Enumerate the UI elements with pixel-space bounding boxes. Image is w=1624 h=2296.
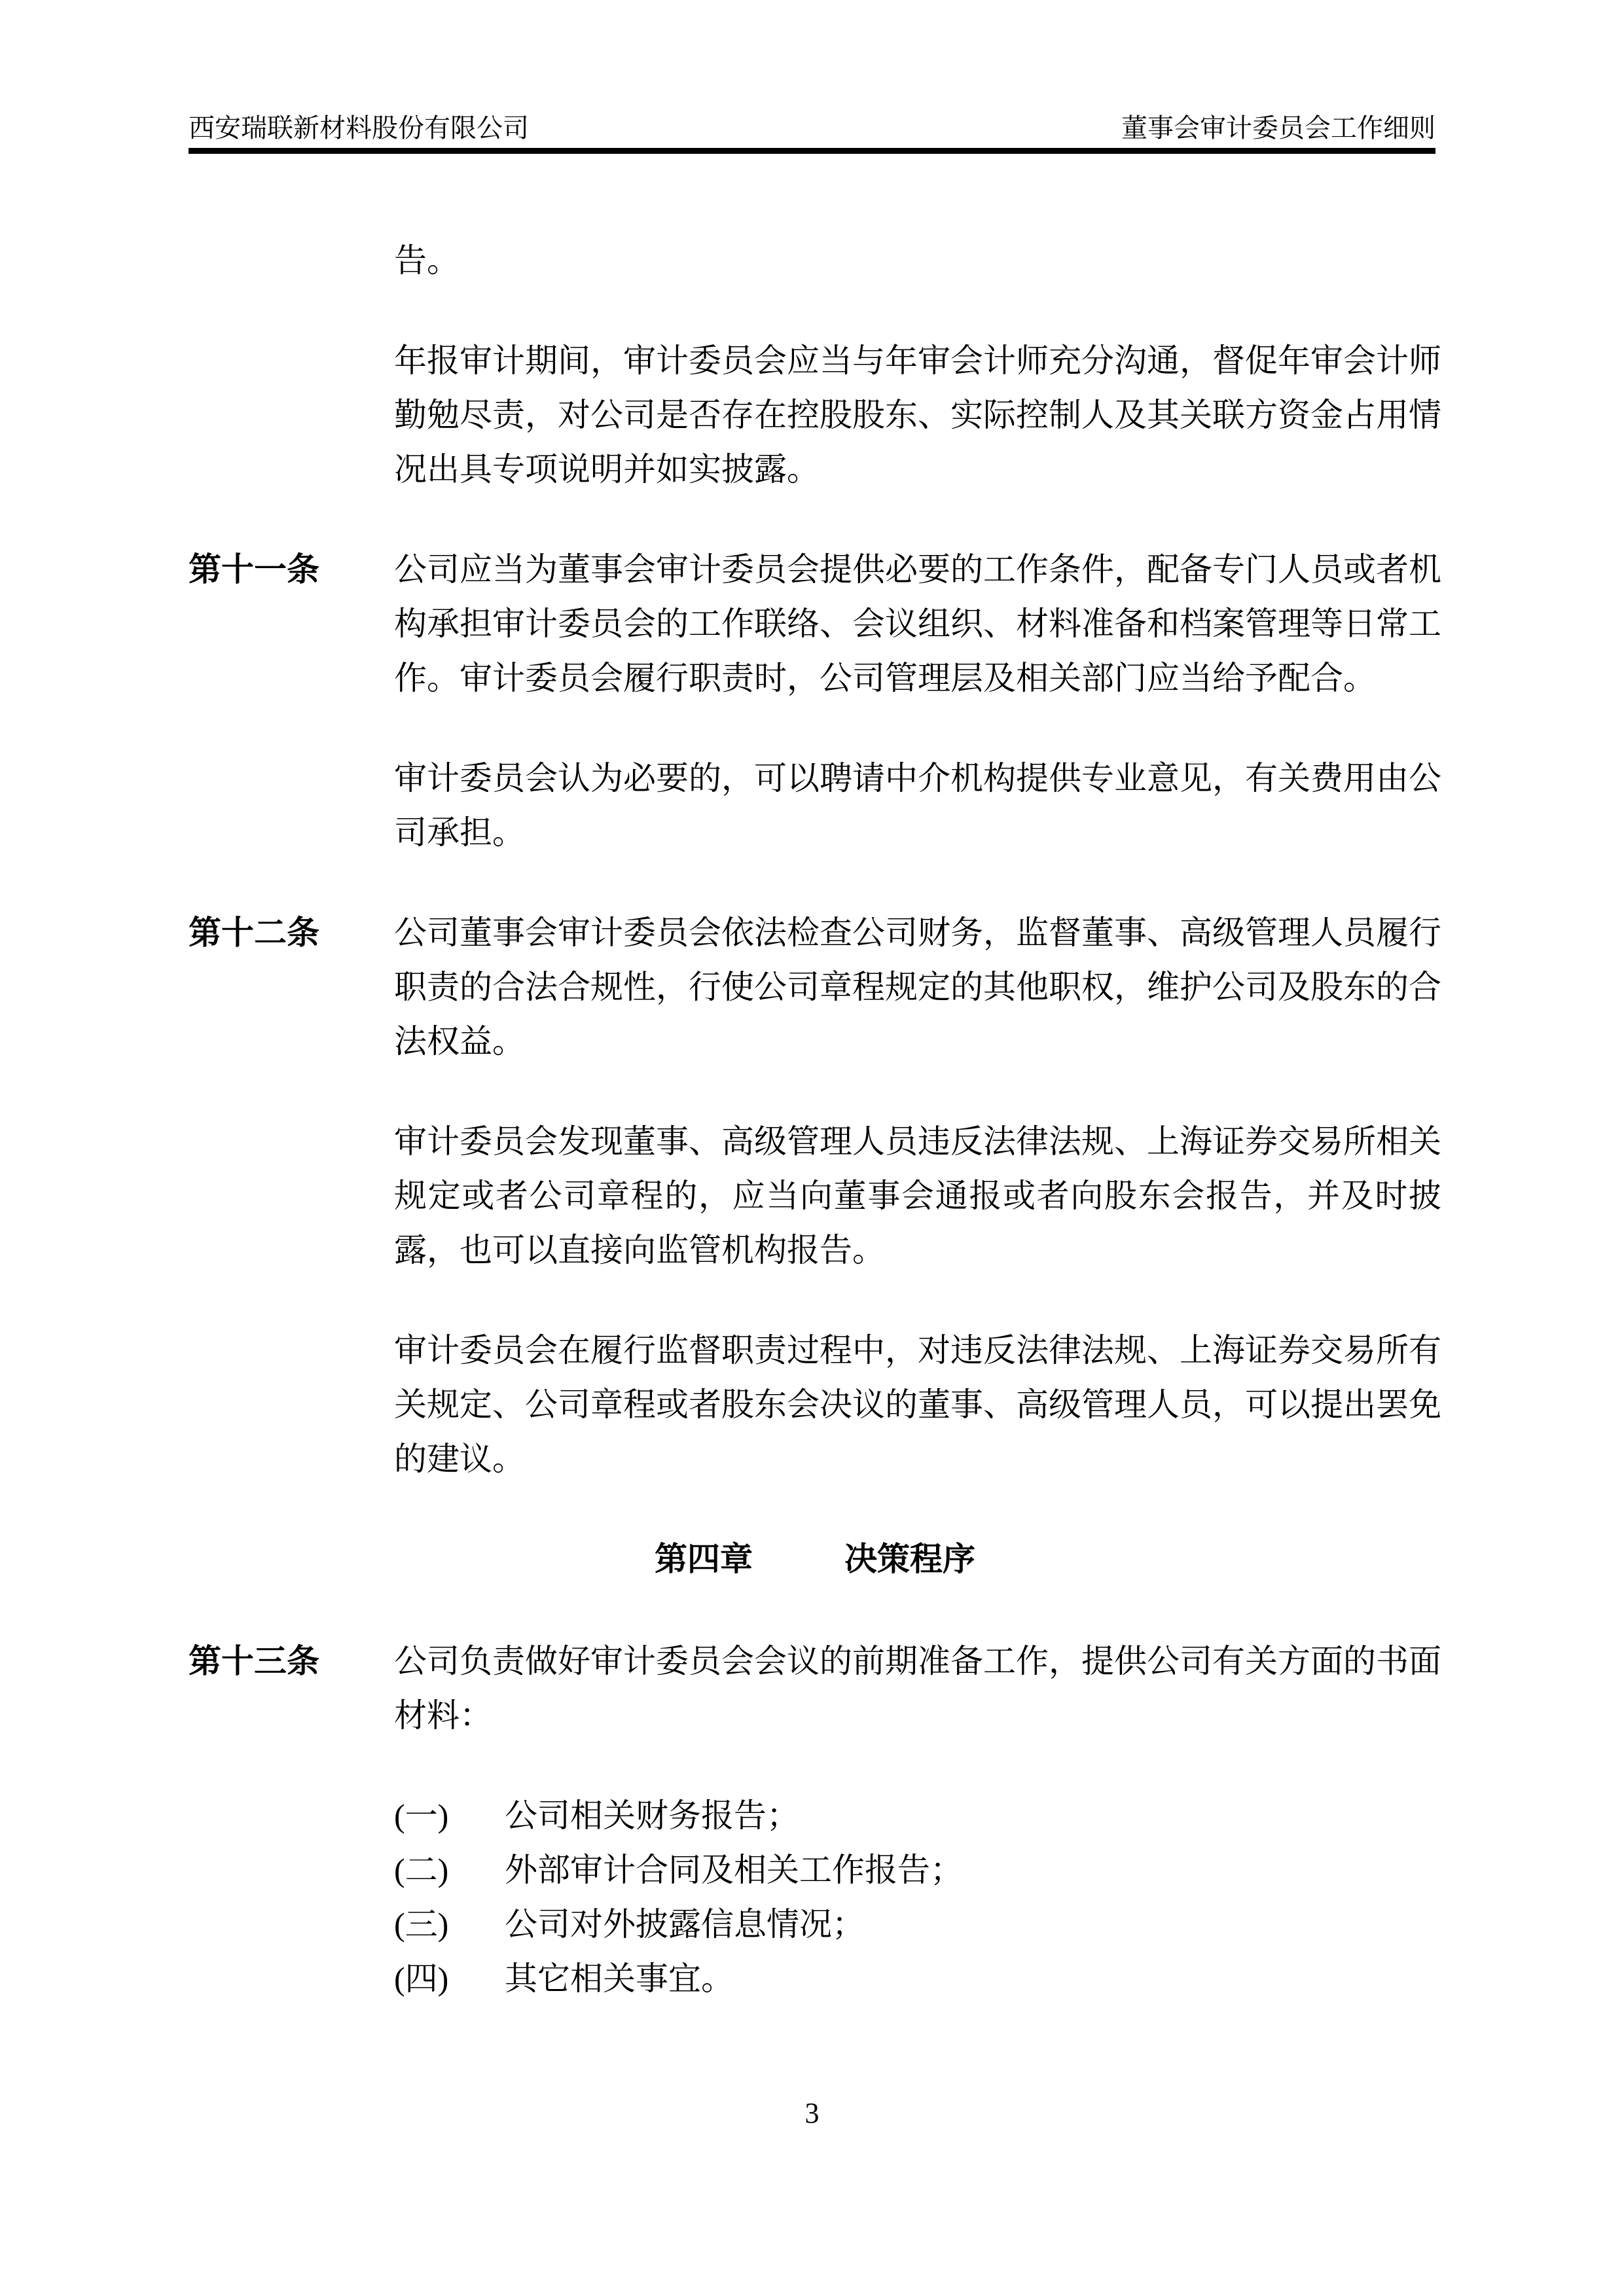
article-13-text: 公司负责做好审计委员会会议的前期准备工作，提供公司有关方面的书面材料： [394,1634,1441,1743]
chapter-4-label: 第四章 [655,1532,753,1587]
list-item: (四) 其它相关事宜。 [394,1952,1441,2006]
list-item-text: 公司相关财务报告； [505,1789,1441,1843]
page-number: 3 [805,2097,820,2129]
document-body-inner: 告。 年报审计期间，审计委员会应当与年审会计师充分沟通，督促年审会计师勤勉尽责，… [189,234,1441,2006]
list-item: (一) 公司相关财务报告； [394,1789,1441,1843]
list-item-number: (三) [394,1897,504,1952]
chapter-4-heading: 第四章 决策程序 [189,1532,1441,1587]
chapter-4-title: 决策程序 [844,1532,975,1587]
list-item-number: (一) [394,1789,504,1843]
article-11: 第十一条 公司应当为董事会审计委员会提供必要的工作条件，配备专门人员或者机构承担… [189,543,1441,706]
document-body: 告。 年报审计期间，审计委员会应当与年审会计师充分沟通，督促年审会计师勤勉尽责，… [189,162,1441,2006]
header-company-name: 西安瑞联新材料股份有限公司 [189,111,529,145]
article-11-text: 公司应当为董事会审计委员会提供必要的工作条件，配备专门人员或者机构承担审计委员会… [394,543,1441,706]
paragraph-annual-audit: 年报审计期间，审计委员会应当与年审会计师充分沟通，督促年审会计师勤勉尽责，对公司… [394,334,1441,497]
header-doc-title: 董事会审计委员会工作细则 [1121,111,1435,145]
article-11-label: 第十一条 [189,543,394,706]
list-item: (二) 外部审计合同及相关工作报告； [394,1843,1441,1897]
document-page: 西安瑞联新材料股份有限公司 董事会审计委员会工作细则 告。 年报审计期间，审计委… [0,0,1624,2296]
page-footer: 3 [0,2096,1624,2130]
list-item: (三) 公司对外披露信息情况； [394,1897,1441,1952]
page-header: 西安瑞联新材料股份有限公司 董事会审计委员会工作细则 [189,0,1435,154]
header-rule [189,148,1435,154]
article-12: 第十二条 公司董事会审计委员会依法检查公司财务，监督董事、高级管理人员履行职责的… [189,906,1441,1069]
header-row: 西安瑞联新材料股份有限公司 董事会审计委员会工作细则 [189,111,1435,145]
list-item-text: 公司对外披露信息情况； [505,1897,1441,1952]
paragraph-continuation: 告。 [394,234,1441,288]
list-item-number: (二) [394,1843,504,1897]
article-12-text: 公司董事会审计委员会依法检查公司财务，监督董事、高级管理人员履行职责的合法合规性… [394,906,1441,1069]
paragraph-intermediary: 审计委员会认为必要的，可以聘请中介机构提供专业意见，有关费用由公司承担。 [394,751,1441,860]
paragraph-dismissal: 审计委员会在履行监督职责过程中，对违反法律法规、上海证券交易所有关规定、公司章程… [394,1323,1441,1486]
list-item-number: (四) [394,1952,504,2006]
article-13-label: 第十三条 [189,1634,394,1743]
article-12-label: 第十二条 [189,906,394,1069]
article-13: 第十三条 公司负责做好审计委员会会议的前期准备工作，提供公司有关方面的书面材料： [189,1634,1441,1743]
material-list: (一) 公司相关财务报告； (二) 外部审计合同及相关工作报告； (三) 公司对… [394,1789,1441,2006]
list-item-text: 其它相关事宜。 [505,1952,1441,2006]
paragraph-violation-report: 审计委员会发现董事、高级管理人员违反法律法规、上海证券交易所相关规定或者公司章程… [394,1115,1441,1278]
list-item-text: 外部审计合同及相关工作报告； [505,1843,1441,1897]
